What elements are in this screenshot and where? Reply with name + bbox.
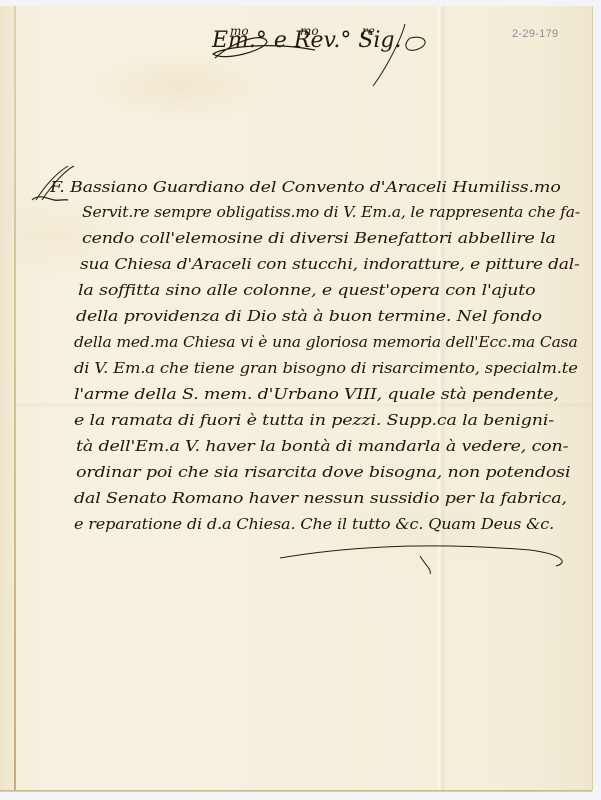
salutation-flourish-icon <box>205 20 435 90</box>
scanned-document-page: 2-29-179 Em.° e Rev.° Sig. mo mo re F. B… <box>0 0 601 800</box>
body-line-3: cendo coll'elemosine di diversi Benefatt… <box>82 229 556 247</box>
body-line-12: ordinar poi che sia risarcita dove bisog… <box>76 463 570 481</box>
body-line-4: sua Chiesa d'Araceli con stucchi, indora… <box>80 255 580 273</box>
body-line-2: Servit.re sempre obligatiss.mo di V. Em.… <box>82 203 580 221</box>
archive-number: 2-29-179 <box>512 28 558 40</box>
page-edge-shade <box>0 6 14 790</box>
body-line-9: l'arme della S. mem. d'Urbano VIII, qual… <box>74 385 559 403</box>
body-line-6: della providenza di Dio stà à buon termi… <box>76 307 542 325</box>
body-line-13: dal Senato Romano haver nessun sussidio … <box>74 489 567 507</box>
binding-fold-line <box>14 6 16 790</box>
body-line-14: e reparatione di d.a Chiesa. Che il tutt… <box>74 515 554 533</box>
paper-sheet: 2-29-179 Em.° e Rev.° Sig. mo mo re F. B… <box>0 6 592 791</box>
body-line-10: e la ramata di fuori è tutta in pezzi. S… <box>74 411 554 429</box>
closing-flourish-icon <box>270 536 590 576</box>
body-line-11: tà dell'Em.a V. haver la bontà di mandar… <box>76 437 568 455</box>
body-line-5: la soffitta sino alle colonne, e quest'o… <box>78 281 535 299</box>
body-line-8: di V. Em.a che tiene gran bisogno di ris… <box>74 359 578 377</box>
body-line-7: della med.ma Chiesa vi è una gloriosa me… <box>74 333 578 351</box>
body-line-1: F. Bassiano Guardiano del Convento d'Ara… <box>50 178 561 196</box>
